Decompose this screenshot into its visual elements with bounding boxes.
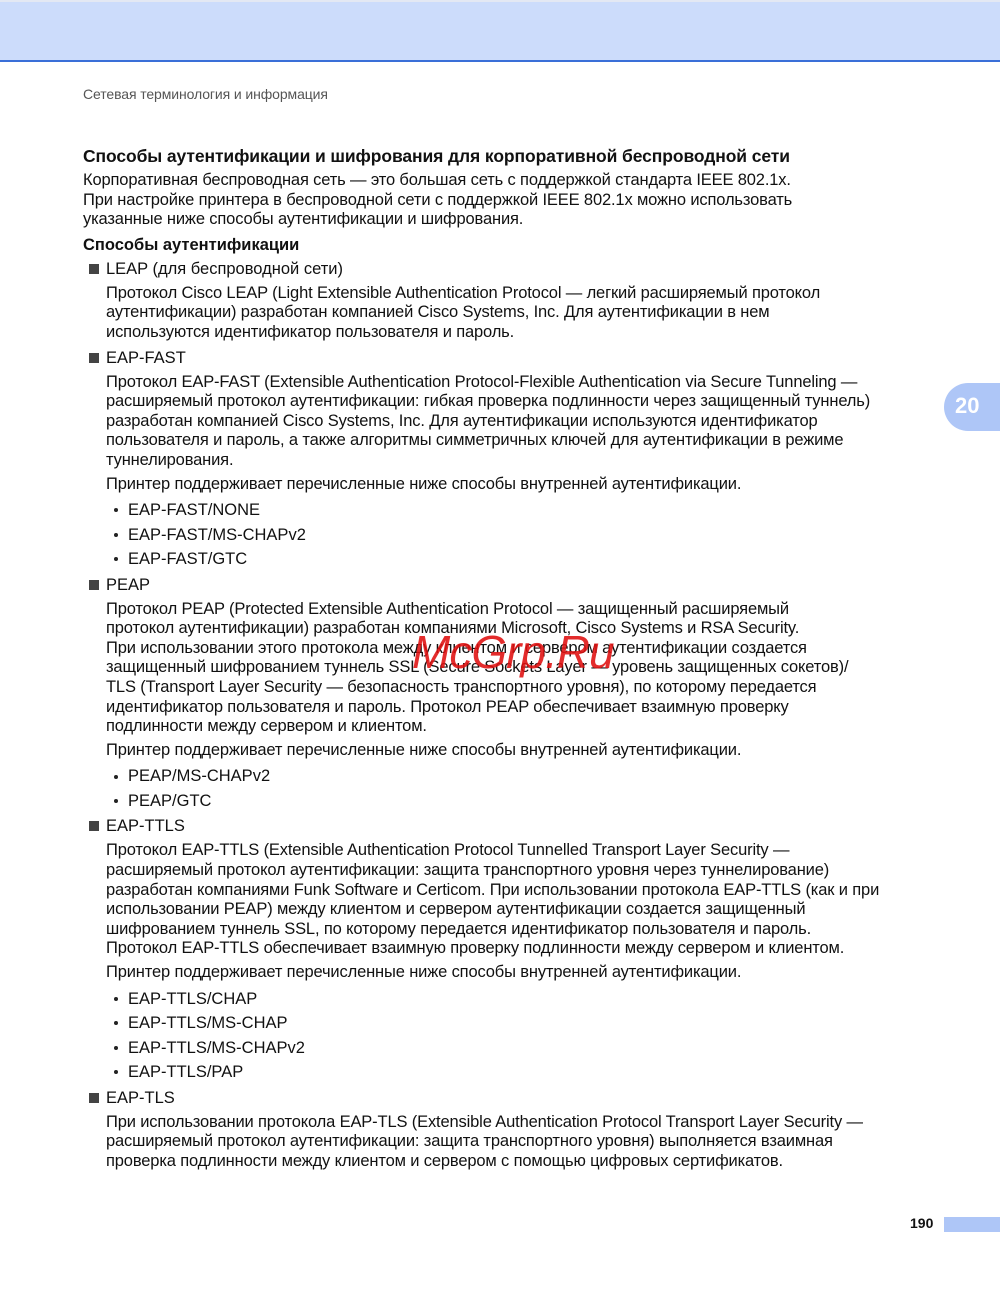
inner-auth-label: EAP-TTLS/MS-CHAPv2 [128,1036,305,1061]
paragraph-line: Протокол Cisco LEAP (Light Extensible Au… [106,284,943,304]
square-bullet-icon [89,264,99,274]
inner-auth-item: PEAP/GTC [114,789,943,814]
square-bullet-icon [89,1093,99,1103]
subheading-auth-methods: Способы аутентификации [83,234,943,256]
inner-auth-item: EAP-TTLS/CHAP [114,987,943,1012]
inner-auth-item: EAP-FAST/MS-CHAPv2 [114,523,943,548]
intro-paragraph: Корпоративная беспроводная сеть — это бо… [83,171,943,230]
method-paragraph: Принтер поддерживает перечисленные ниже … [106,963,943,983]
method-paragraph: Протокол EAP-TTLS (Extensible Authentica… [106,841,943,959]
paragraph-line: проверка подлинности между клиентом и се… [106,1152,943,1172]
method-body: Протокол Cisco LEAP (Light Extensible Au… [106,284,943,343]
method-item: PEAPПротокол PEAP (Protected Extensible … [83,574,943,814]
inner-auth-label: PEAP/MS-CHAPv2 [128,764,270,789]
inner-auth-item: EAP-TTLS/PAP [114,1060,943,1085]
section-title: Способы аутентификации и шифрования для … [83,145,943,167]
inner-auth-list: PEAP/MS-CHAPv2PEAP/GTC [114,764,943,813]
paragraph-line: расширяемый протокол аутентификации: гиб… [106,392,943,412]
inner-auth-item: PEAP/MS-CHAPv2 [114,764,943,789]
method-title: EAP-TLS [89,1087,943,1109]
paragraph-line: Принтер поддерживает перечисленные ниже … [106,963,943,983]
paragraph-line: аутентификации) разработан компанией Cis… [106,303,943,323]
bullet-dot-icon [114,557,118,561]
inner-auth-list: EAP-TTLS/CHAPEAP-TTLS/MS-CHAPEAP-TTLS/MS… [114,987,943,1085]
intro-line: При настройке принтера в беспроводной се… [83,191,943,211]
method-title: PEAP [89,574,943,596]
inner-auth-label: EAP-FAST/MS-CHAPv2 [128,523,306,548]
inner-auth-label: EAP-FAST/GTC [128,547,247,572]
bullet-dot-icon [114,508,118,512]
method-item: EAP-TTLSПротокол EAP-TTLS (Extensible Au… [83,815,943,1084]
method-item: EAP-TLSПри использовании протокола EAP-T… [83,1087,943,1172]
paragraph-line: используются идентификатор пользователя … [106,323,943,343]
method-title: LEAP (для беспроводной сети) [89,258,943,280]
method-name: EAP-TLS [106,1087,175,1109]
paragraph-line: расширяемый протокол аутентификации: защ… [106,861,943,881]
method-body: Протокол EAP-FAST (Extensible Authentica… [106,373,943,572]
page-number: 190 [910,1215,933,1231]
bullet-dot-icon [114,997,118,1001]
method-paragraph: При использовании протокола EAP-TLS (Ext… [106,1113,943,1172]
method-item: EAP-FASTПротокол EAP-FAST (Extensible Au… [83,347,943,572]
paragraph-line: При использовании протокола EAP-TLS (Ext… [106,1113,943,1133]
method-name: PEAP [106,574,150,596]
paragraph-line: подлинности между сервером и клиентом. [106,717,943,737]
inner-auth-label: EAP-TTLS/CHAP [128,987,257,1012]
inner-auth-list: EAP-FAST/NONEEAP-FAST/MS-CHAPv2EAP-FAST/… [114,498,943,572]
method-title: EAP-TTLS [89,815,943,837]
paragraph-line: разработан компанией Cisco Systems, Inc.… [106,412,943,432]
paragraph-line: пользователя и пароль, а также алгоритмы… [106,431,943,451]
square-bullet-icon [89,821,99,831]
paragraph-line: использовании PEAP) между клиентом и сер… [106,900,943,920]
intro-line: Корпоративная беспроводная сеть — это бо… [83,171,943,191]
paragraph-line: туннелирования. [106,451,943,471]
method-paragraph: Протокол EAP-FAST (Extensible Authentica… [106,373,943,471]
method-name: EAP-TTLS [106,815,185,837]
watermark: McGrp.Ru [412,625,614,679]
method-body: При использовании протокола EAP-TLS (Ext… [106,1113,943,1172]
header-band [0,0,1000,60]
inner-auth-item: EAP-TTLS/MS-CHAP [114,1011,943,1036]
paragraph-line: Протокол EAP-TTLS (Extensible Authentica… [106,841,943,861]
chapter-number: 20 [955,393,979,419]
page-number-bar [944,1217,1000,1232]
inner-auth-label: EAP-TTLS/PAP [128,1060,243,1085]
paragraph-line: TLS (Transport Layer Security — безопасн… [106,678,943,698]
bullet-dot-icon [114,1046,118,1050]
method-paragraph: Принтер поддерживает перечисленные ниже … [106,475,943,495]
paragraph-line: шифрованием туннель SSL, по которому пер… [106,920,943,940]
square-bullet-icon [89,353,99,363]
inner-auth-item: EAP-FAST/GTC [114,547,943,572]
running-title: Сетевая терминология и информация [83,86,328,102]
method-name: EAP-FAST [106,347,186,369]
inner-auth-item: EAP-FAST/NONE [114,498,943,523]
bullet-dot-icon [114,775,118,779]
intro-line: указанные ниже способы аутентификации и … [83,210,943,230]
method-paragraph: Протокол Cisco LEAP (Light Extensible Au… [106,284,943,343]
method-item: LEAP (для беспроводной сети)Протокол Cis… [83,258,943,343]
paragraph-line: Протокол EAP-FAST (Extensible Authentica… [106,373,943,393]
inner-auth-label: PEAP/GTC [128,789,211,814]
bullet-dot-icon [114,1021,118,1025]
bullet-dot-icon [114,799,118,803]
method-title: EAP-FAST [89,347,943,369]
paragraph-line: Протокол PEAP (Protected Extensible Auth… [106,600,943,620]
paragraph-line: Протокол EAP-TTLS обеспечивает взаимную … [106,939,943,959]
paragraph-line: разработан компаниями Funk Software и Ce… [106,881,943,901]
method-name: LEAP (для беспроводной сети) [106,258,343,280]
method-paragraph: Принтер поддерживает перечисленные ниже … [106,741,943,761]
inner-auth-label: EAP-TTLS/MS-CHAP [128,1011,288,1036]
inner-auth-label: EAP-FAST/NONE [128,498,260,523]
methods-list: LEAP (для беспроводной сети)Протокол Cis… [83,258,943,1172]
header-rule [0,60,1000,62]
paragraph-line: расширяемый протокол аутентификации: защ… [106,1132,943,1152]
paragraph-line: идентификатор пользователя и пароль. Про… [106,698,943,718]
paragraph-line: Принтер поддерживает перечисленные ниже … [106,475,943,495]
square-bullet-icon [89,580,99,590]
bullet-dot-icon [114,1070,118,1074]
inner-auth-item: EAP-TTLS/MS-CHAPv2 [114,1036,943,1061]
paragraph-line: Принтер поддерживает перечисленные ниже … [106,741,943,761]
bullet-dot-icon [114,533,118,537]
method-body: Протокол EAP-TTLS (Extensible Authentica… [106,841,943,1084]
